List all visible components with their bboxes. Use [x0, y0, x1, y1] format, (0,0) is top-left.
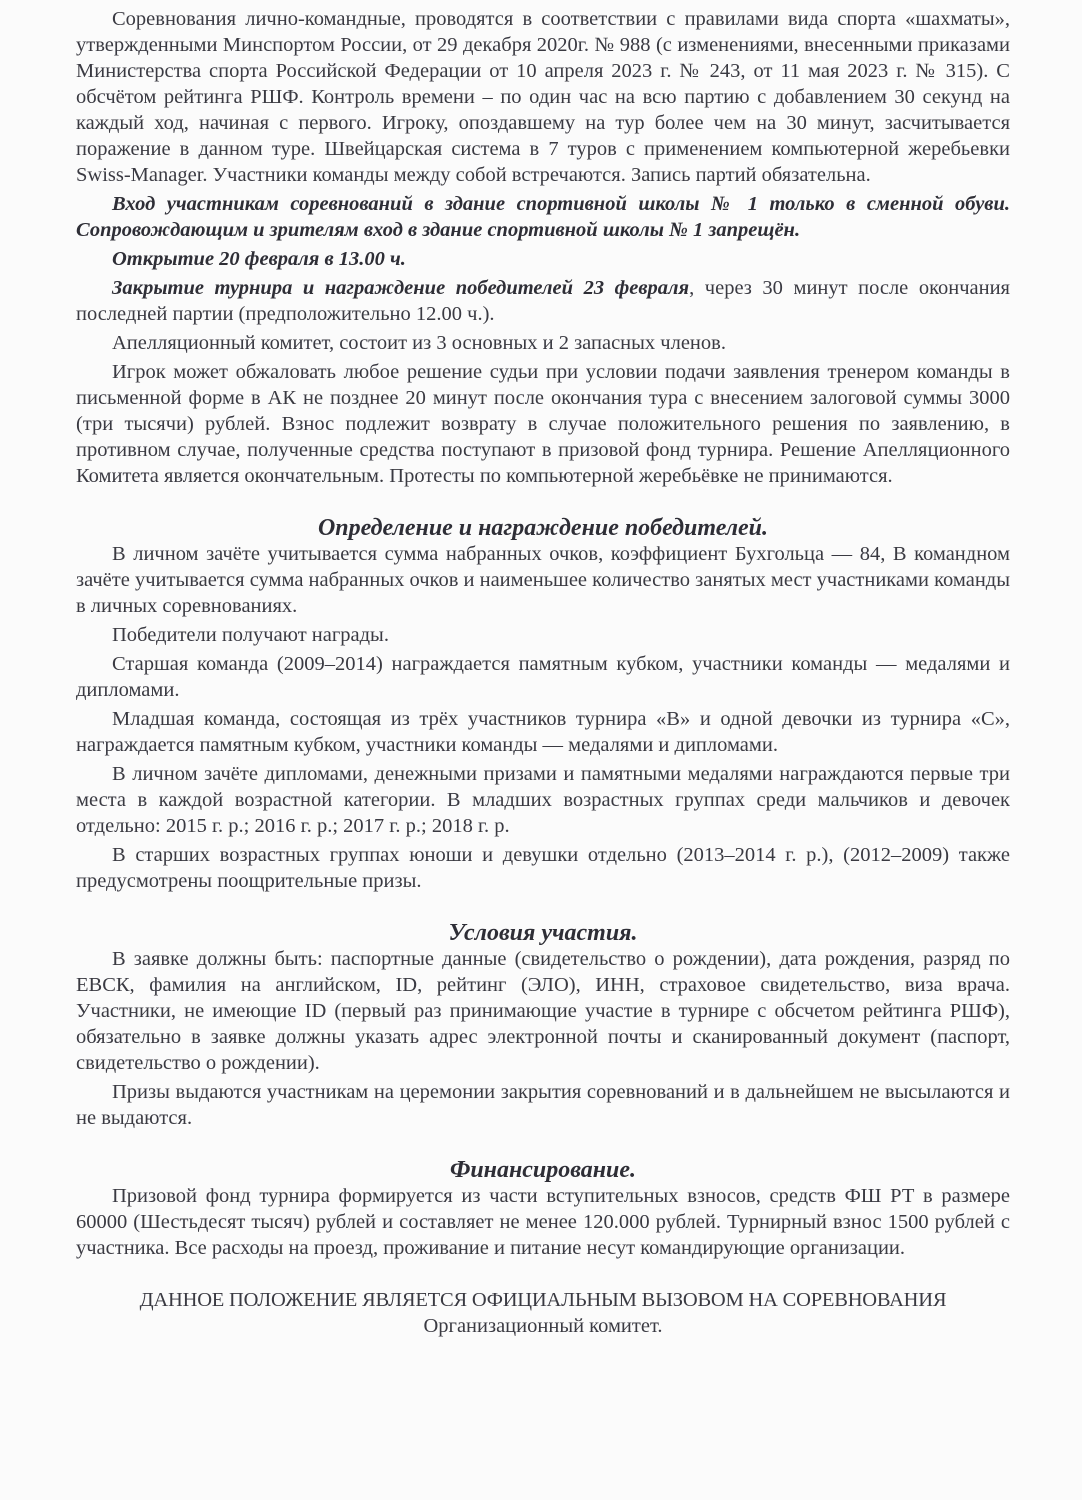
- winners-paragraph: В личном зачёте учитывается сумма набран…: [76, 541, 1010, 619]
- financing-paragraph: Призовой фонд турнира формируется из час…: [76, 1183, 1010, 1261]
- participation-paragraph: Призы выдаются участникам на церемонии з…: [76, 1079, 1010, 1131]
- participation-paragraph: В заявке должны быть: паспортные данные …: [76, 946, 1010, 1076]
- appeals-procedure: Игрок может обжаловать любое решение суд…: [76, 359, 1010, 489]
- winners-paragraph: Старшая команда (2009–2014) награждается…: [76, 651, 1010, 703]
- winners-paragraph: Победители получают награды.: [76, 622, 1010, 648]
- closing-paragraph: Закрытие турнира и награждение победител…: [76, 275, 1010, 327]
- entry-notice: Вход участникам соревнований в здание сп…: [76, 191, 1010, 243]
- spacer: [76, 1131, 1010, 1157]
- spacer: [76, 894, 1010, 920]
- document-page: Соревнования лично-командные, проводятся…: [76, 6, 1010, 1339]
- participation-heading: Условия участия.: [76, 920, 1010, 946]
- winners-paragraph: Младшая команда, состоящая из трёх участ…: [76, 706, 1010, 758]
- closing-date: Закрытие турнира и награждение победител…: [112, 277, 689, 299]
- appeals-committee: Апелляционный комитет, состоит из 3 осно…: [76, 330, 1010, 356]
- opening-time: Открытие 20 февраля в 13.00 ч.: [76, 246, 1010, 272]
- spacer: [76, 489, 1010, 515]
- winners-paragraph: В старших возрастных группах юноши и дев…: [76, 842, 1010, 894]
- winners-paragraph: В личном зачёте дипломами, денежными при…: [76, 761, 1010, 839]
- organizing-committee-signature: Организационный комитет.: [76, 1313, 1010, 1339]
- winners-heading: Определение и награждение победителей.: [76, 515, 1010, 541]
- official-call: ДАННОЕ ПОЛОЖЕНИЕ ЯВЛЯЕТСЯ ОФИЦИАЛЬНЫМ ВЫ…: [76, 1287, 1010, 1313]
- financing-heading: Финансирование.: [76, 1157, 1010, 1183]
- spacer: [76, 1261, 1010, 1287]
- rules-paragraph: Соревнования лично-командные, проводятся…: [76, 6, 1010, 188]
